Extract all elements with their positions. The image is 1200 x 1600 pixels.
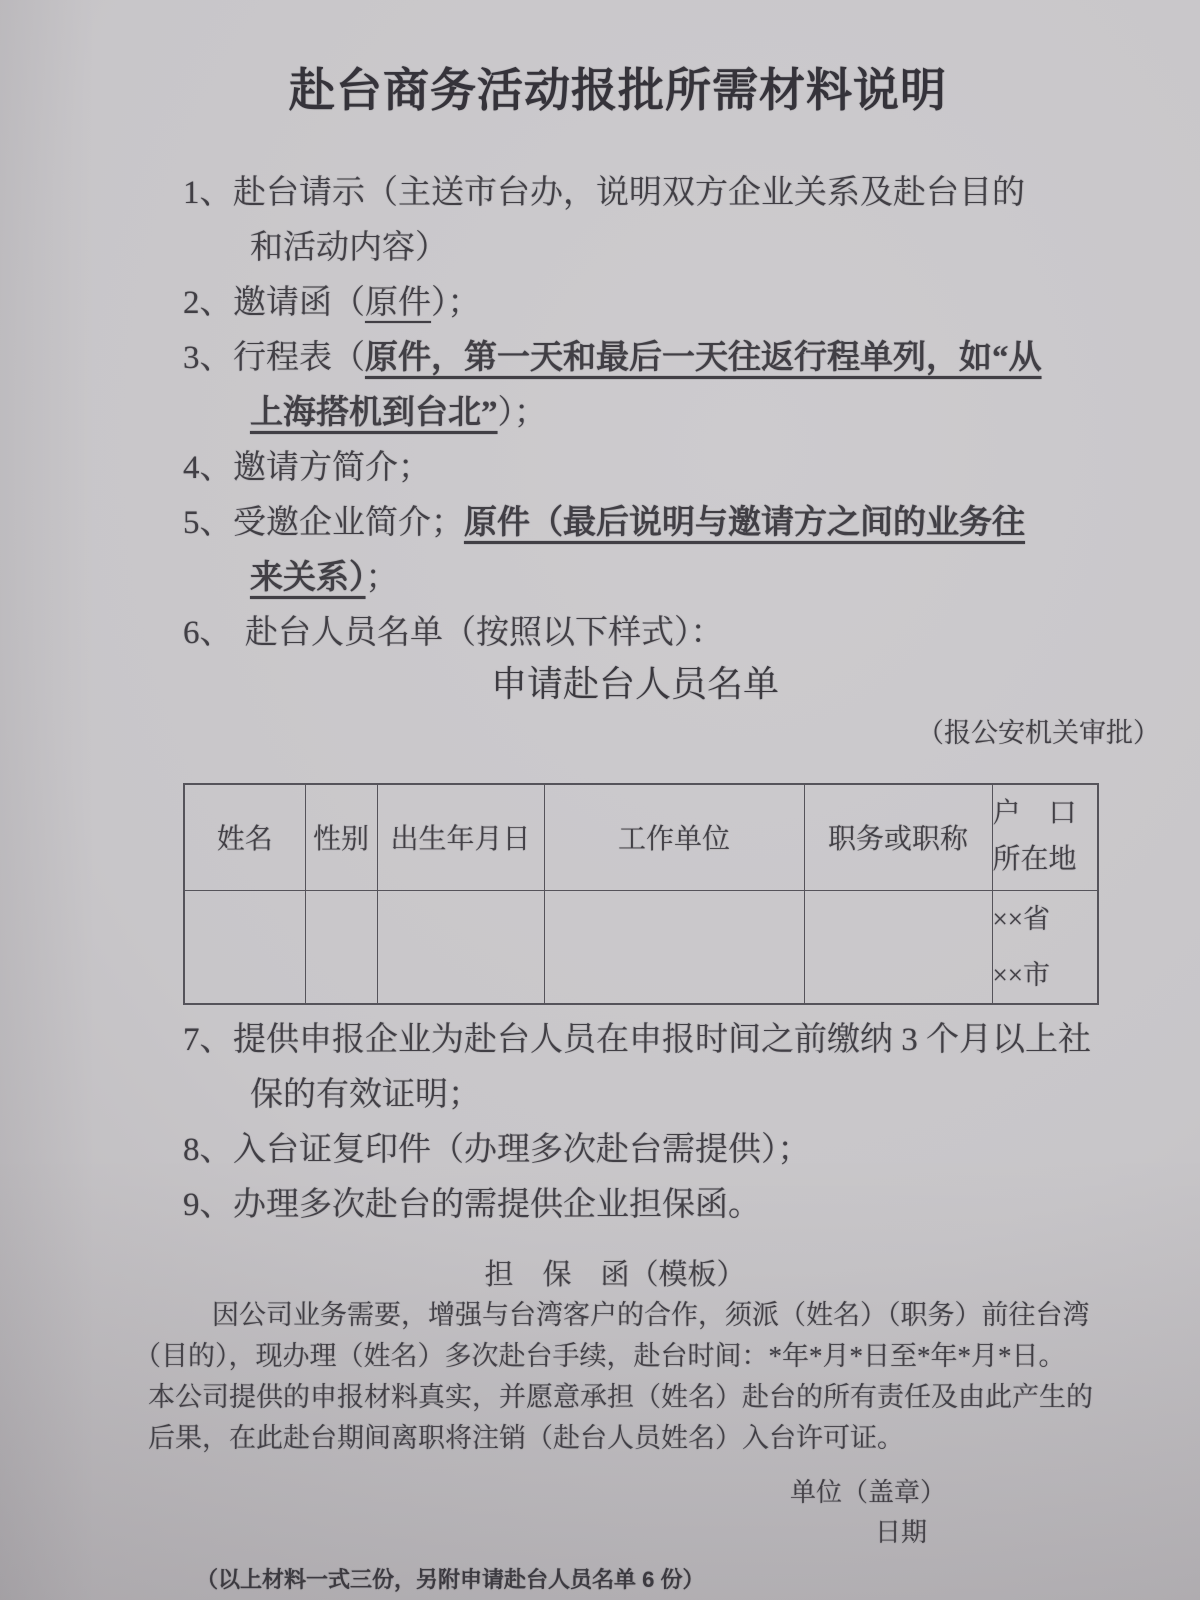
header-workplace: 工作单位 xyxy=(544,784,804,890)
cell-household-province: ××省 xyxy=(993,891,1098,947)
item-1-text-continued: 和活动内容） xyxy=(250,230,448,266)
list-item-3-line-1: 3、行程表（原件，第一天和最后一天往返行程单列，如“从 xyxy=(183,331,1200,386)
list-item-1-line-1: 1、赴台请示（主送市台办，说明双方企业关系及赴台目的 xyxy=(183,166,1200,221)
list-item-3-line-2: 上海搭机到台北”）； xyxy=(250,386,1200,441)
list-item-9: 9、办理多次赴台的需提供企业担保函。 xyxy=(183,1178,1200,1233)
list-item-5-line-1: 5、受邀企业简介；原件（最后说明与邀请方之间的业务往 xyxy=(183,496,1200,551)
item-8-number: 8、 xyxy=(183,1123,233,1178)
item-9-text: 办理多次赴台的需提供企业担保函。 xyxy=(233,1187,761,1223)
list-item-7-line-2: 保的有效证明； xyxy=(250,1068,1200,1123)
numbered-list: 1、赴台请示（主送市台办，说明双方企业关系及赴台目的 和活动内容） 2、邀请函（… xyxy=(0,166,1200,661)
cell-gender-empty xyxy=(305,890,377,1004)
header-household-registration: 户 口 所在地 xyxy=(992,784,1098,890)
guarantee-letter-template: 担 保 函（模板） 因公司业务需要，增强与台湾客户的合作，须派（姓名）（职务）前… xyxy=(0,1255,1200,1459)
cell-household-city: ××市 xyxy=(993,947,1098,1003)
guarantee-heading: 担 保 函（模板） xyxy=(15,1255,1200,1295)
roster-title: 申请赴台人员名单 xyxy=(35,661,1200,707)
header-household-line-2: 所在地 xyxy=(993,837,1098,883)
item-3-text-after: ）； xyxy=(498,395,548,431)
document-photo: 赴台商务活动报批所需材料说明 1、赴台请示（主送市台办，说明双方企业关系及赴台目… xyxy=(0,0,1200,1600)
item-5-number: 5、 xyxy=(183,496,233,551)
guarantee-line-4: 后果，在此赴台期间离职将注销（赴台人员姓名）入台许可证。 xyxy=(148,1418,1130,1459)
item-3-underlined-text-continued: 上海搭机到台北” xyxy=(250,395,498,431)
header-gender: 性别 xyxy=(305,784,377,890)
header-position: 职务或职称 xyxy=(804,784,992,890)
list-item-8: 8、入台证复印件（办理多次赴台需提供）； xyxy=(183,1123,1200,1178)
cell-birthdate-empty xyxy=(377,890,544,1004)
item-5-underlined-text-continued: 来关系） xyxy=(250,560,366,596)
list-item-2: 2、邀请函（原件）； xyxy=(183,276,1200,331)
header-name: 姓名 xyxy=(184,784,305,890)
item-2-underlined-text: 原件 xyxy=(365,285,431,321)
item-7-text: 提供申报企业为赴台人员在申报时间之前缴纳 3 个月以上社 xyxy=(233,1022,1091,1058)
guarantee-line-1: 因公司业务需要，增强与台湾客户的合作，须派（姓名）（职务）前往台湾 xyxy=(148,1295,1130,1336)
item-2-text-after: ）； xyxy=(431,285,481,321)
page-title: 赴台商务活动报批所需材料说明 xyxy=(18,0,1200,120)
signature-block: 单位（盖章） 日期 xyxy=(0,1473,1200,1553)
item-1-text: 赴台请示（主送市台办，说明双方企业关系及赴台目的 xyxy=(233,175,1025,211)
guarantee-line-3: 本公司提供的申报材料真实，并愿意承担（姓名）赴台的所有责任及由此产生的 xyxy=(148,1377,1130,1418)
list-item-6: 6、赴台人员名单（按照以下样式）： xyxy=(183,606,1200,661)
table-body-row: ××省 ××市 xyxy=(184,890,1098,1004)
item-3-underlined-text: 原件，第一天和最后一天往返行程单列，如“从 xyxy=(365,340,1042,376)
item-2-text: 邀请函（ xyxy=(233,285,365,321)
table-header-row: 姓名 性别 出生年月日 工作单位 职务或职称 户 口 所在地 xyxy=(184,784,1098,890)
item-4-text: 邀请方简介； xyxy=(233,450,431,486)
item-7-text-continued: 保的有效证明； xyxy=(250,1077,481,1113)
item-3-text: 行程表（ xyxy=(233,340,365,376)
footer-note: （以上材料一式三份，另附申请赴台人员名单 6 份） xyxy=(196,1563,1200,1597)
item-7-number: 7、 xyxy=(183,1013,233,1068)
list-item-7-line-1: 7、提供申报企业为赴台人员在申报时间之前缴纳 3 个月以上社 xyxy=(183,1013,1200,1068)
header-birthdate: 出生年月日 xyxy=(377,784,544,890)
signature-date: 日期 xyxy=(875,1513,1200,1553)
item-6-number: 6、 xyxy=(183,606,245,661)
cell-position-empty xyxy=(804,890,992,1004)
item-3-number: 3、 xyxy=(183,331,233,386)
item-1-number: 1、 xyxy=(183,166,233,221)
roster-subtitle: （报公安机关审批） xyxy=(0,713,1200,753)
item-5-underlined-text: 原件（最后说明与邀请方之间的业务往 xyxy=(464,505,1025,541)
signature-unit-seal: 单位（盖章） xyxy=(790,1473,1200,1513)
personnel-roster-table: 姓名 性别 出生年月日 工作单位 职务或职称 户 口 所在地 ××省 ××市 xyxy=(183,783,1099,1005)
item-8-text: 入台证复印件（办理多次赴台需提供）； xyxy=(233,1132,811,1168)
cell-household-registration: ××省 ××市 xyxy=(992,890,1098,1004)
item-9-number: 9、 xyxy=(183,1178,233,1233)
cell-workplace-empty xyxy=(544,890,804,1004)
item-5-text: 受邀企业简介； xyxy=(233,505,464,541)
item-5-text-after: ； xyxy=(366,560,399,596)
list-item-1-line-2: 和活动内容） xyxy=(250,221,1200,276)
cell-name-empty xyxy=(184,890,305,1004)
list-item-5-line-2: 来关系）； xyxy=(250,551,1200,606)
item-6-text: 赴台人员名单（按照以下样式）： xyxy=(245,615,724,651)
item-2-number: 2、 xyxy=(183,276,233,331)
guarantee-line-2: （目的），现办理（姓名）多次赴台手续，赴台时间：*年*月*日至*年*月*日。 xyxy=(148,1336,1130,1377)
header-household-line-1: 户 口 xyxy=(993,791,1098,837)
list-item-4: 4、邀请方简介； xyxy=(183,441,1200,496)
item-4-number: 4、 xyxy=(183,441,233,496)
